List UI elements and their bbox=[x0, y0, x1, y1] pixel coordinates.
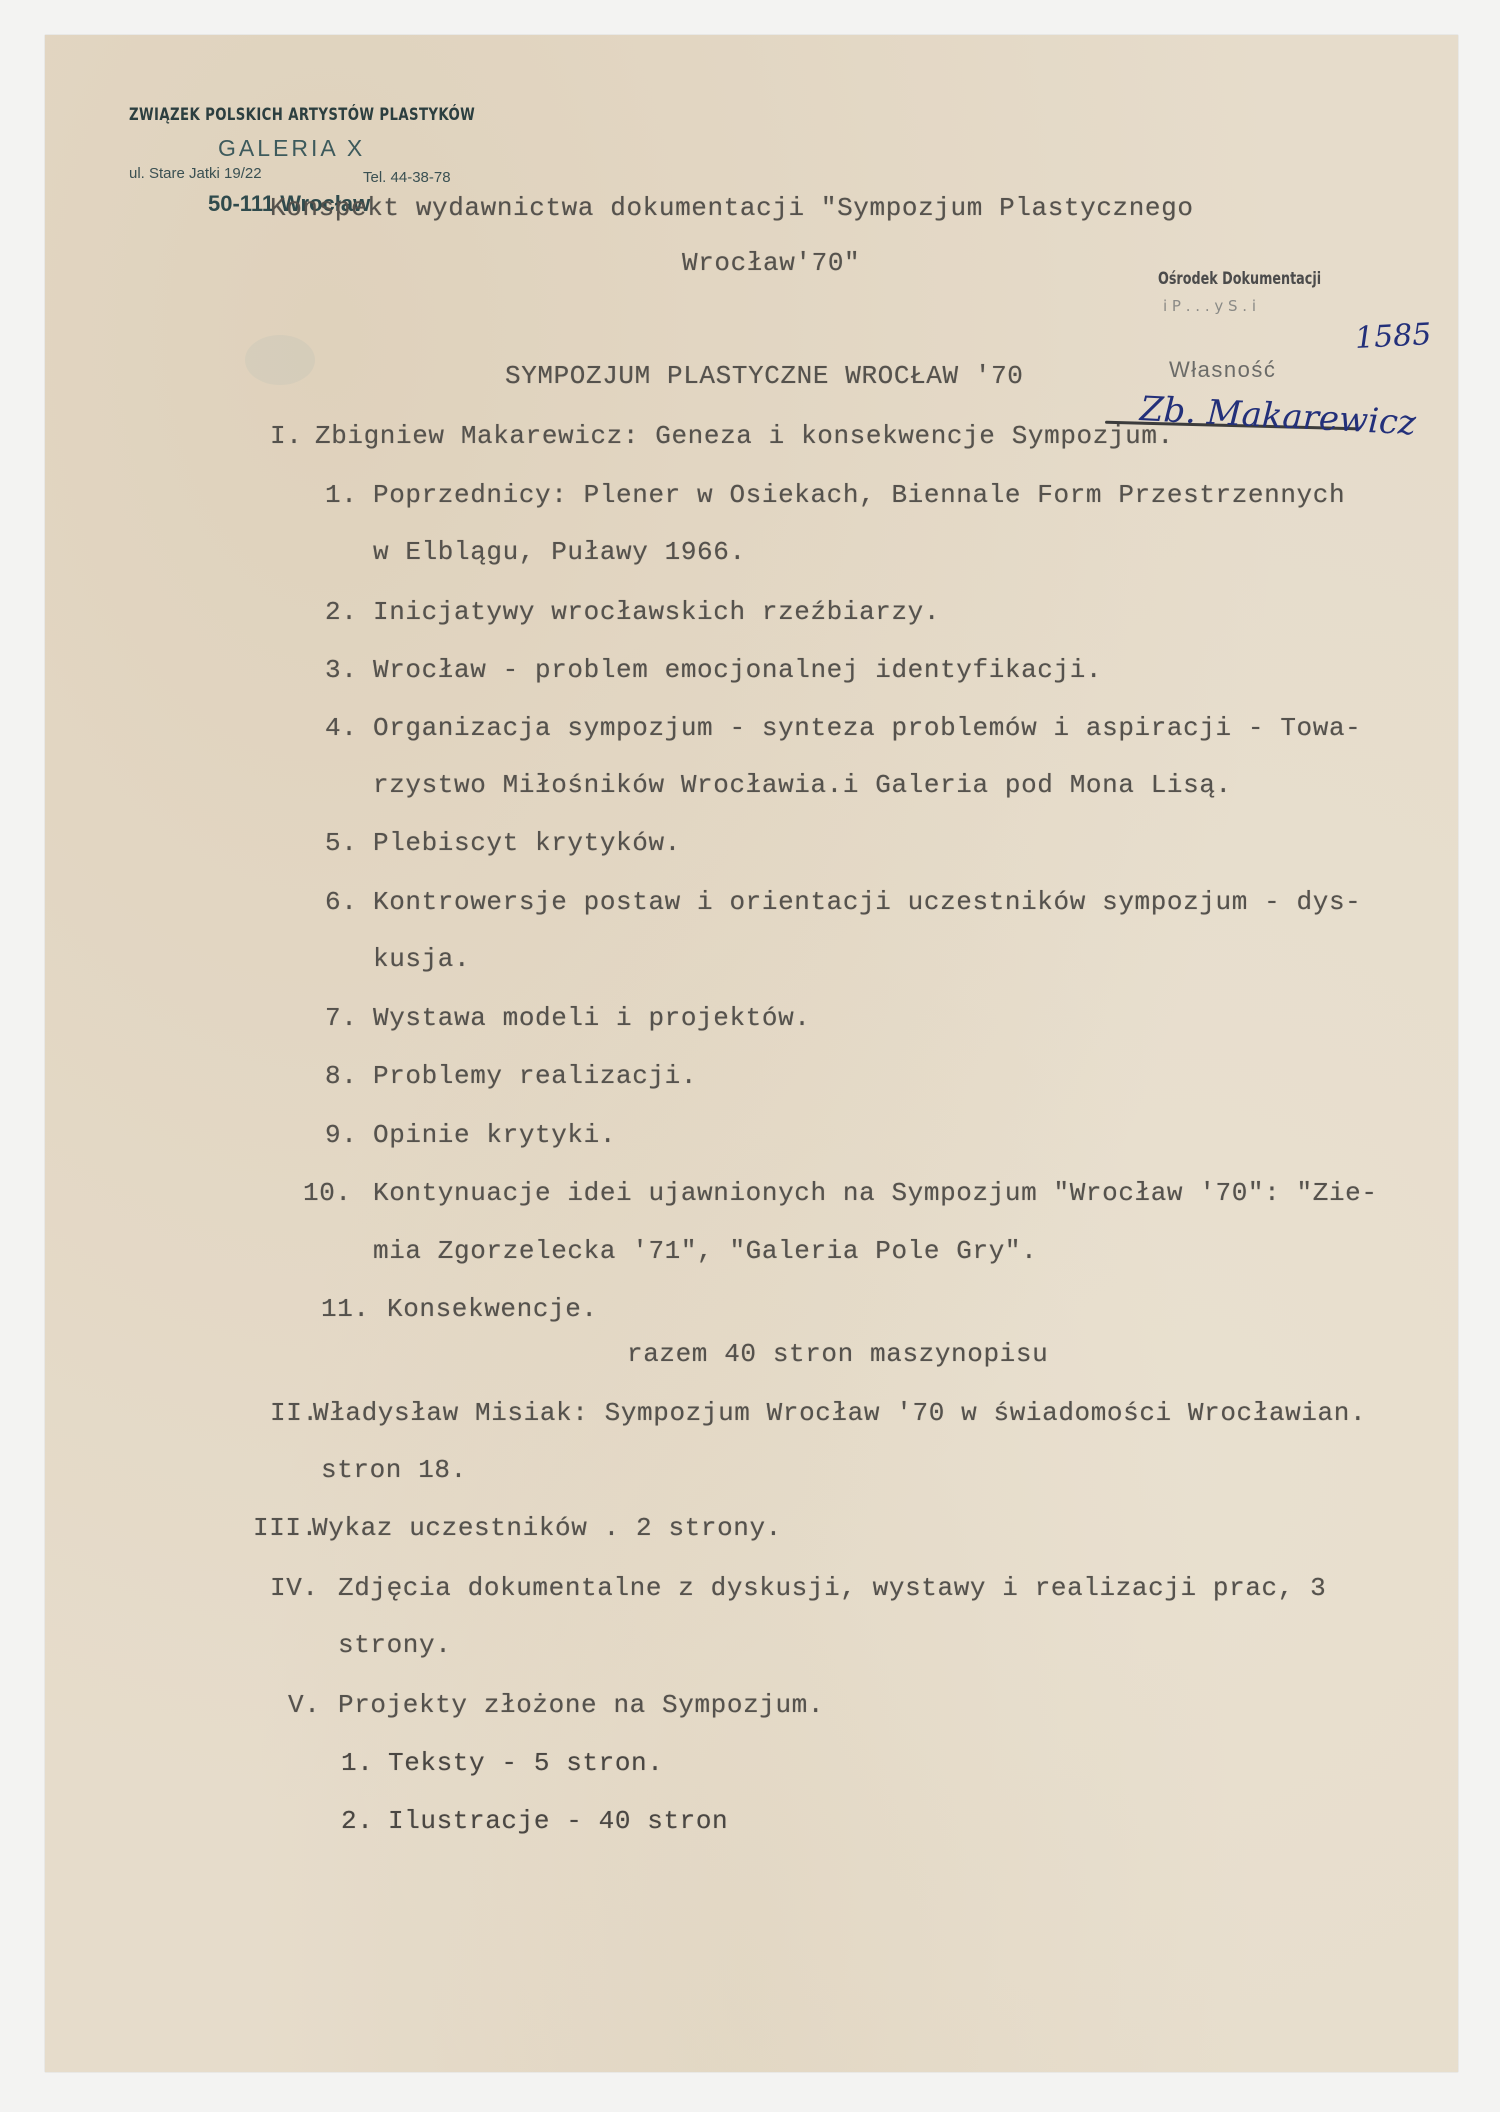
list-item-text: Problemy realizacji. bbox=[373, 1061, 697, 1091]
document-title-line1: Konspekt wydawnictwa dokumentacji "Sympo… bbox=[270, 193, 1194, 223]
document-title-line2: Wrocław'70" bbox=[682, 248, 860, 278]
archive-stamp-line3: Własność bbox=[1169, 357, 1276, 383]
list-item-text: Konsekwencje. bbox=[387, 1294, 598, 1324]
letterhead-phone: Tel. 44-38-78 bbox=[363, 169, 451, 186]
archive-stamp-line2: i P . . . y S . i bbox=[1163, 297, 1256, 315]
section-total: razem 40 stron maszynopisu bbox=[627, 1339, 1048, 1369]
list-item-number: 8. bbox=[325, 1061, 357, 1091]
list-item-number: 6. bbox=[325, 887, 357, 917]
section-numeral: I. bbox=[270, 421, 302, 451]
letterhead-address: ul. Stare Jatki 19/22 bbox=[129, 165, 262, 182]
section-text: Władysław Misiak: Sympozjum Wrocław '70 … bbox=[313, 1398, 1366, 1428]
list-item-number: 2. bbox=[325, 597, 357, 627]
section-text: Zdjęcia dokumentalne z dyskusji, wystawy… bbox=[338, 1573, 1326, 1603]
section-numeral: V. bbox=[288, 1690, 320, 1720]
list-item-number: 4. bbox=[325, 713, 357, 743]
list-item-number: 10. bbox=[303, 1178, 352, 1208]
list-item-number: 11. bbox=[321, 1294, 370, 1324]
list-item-text: Kontynuacje idei ujawnionych na Sympozju… bbox=[373, 1178, 1378, 1208]
faded-stamp-mark bbox=[245, 335, 315, 385]
handwritten-annotation: Zb. Makarewicz bbox=[1139, 389, 1417, 443]
list-item-text: Teksty - 5 stron. bbox=[388, 1748, 663, 1778]
section-text: strony. bbox=[338, 1630, 451, 1660]
list-item-number: 5. bbox=[325, 828, 357, 858]
list-item-number: 9. bbox=[325, 1120, 357, 1150]
list-item-text: mia Zgorzelecka '71", "Galeria Pole Gry"… bbox=[373, 1236, 1037, 1266]
section-text: stron 18. bbox=[321, 1455, 467, 1485]
list-item-number: 1. bbox=[325, 480, 357, 510]
list-item-text: Poprzednicy: Plener w Osiekach, Biennale… bbox=[373, 480, 1345, 510]
list-item-text: Wystawa modeli i projektów. bbox=[373, 1003, 810, 1033]
list-item-text: Organizacja sympozjum - synteza problemó… bbox=[373, 713, 1361, 743]
archive-stamp-line1: Ośrodek Dokumentacji bbox=[1158, 269, 1321, 289]
list-item-text: Plebiscyt krytyków. bbox=[373, 828, 681, 858]
list-item-text: Ilustracje - 40 stron bbox=[388, 1806, 728, 1836]
list-item-number: 3. bbox=[325, 655, 357, 685]
list-item-text: kusja. bbox=[373, 944, 470, 974]
section-text: Wykaz uczestników . 2 strony. bbox=[312, 1513, 782, 1543]
list-item-text: Inicjatywy wrocławskich rzeźbiarzy. bbox=[373, 597, 940, 627]
letterhead-gallery: GALERIA X bbox=[218, 135, 365, 162]
list-item-text: Opinie krytyki. bbox=[373, 1120, 616, 1150]
list-item-number: 2. bbox=[341, 1806, 373, 1836]
list-item-text: Wrocław - problem emocjonalnej identyfik… bbox=[373, 655, 1102, 685]
section-numeral: III. bbox=[253, 1513, 318, 1543]
list-item-text: Kontrowersje postaw i orientacji uczestn… bbox=[373, 887, 1361, 917]
document-heading: SYMPOZJUM PLASTYCZNE WROCŁAW '70 bbox=[505, 361, 1023, 391]
list-item-number: 7. bbox=[325, 1003, 357, 1033]
section-title: Zbigniew Makarewicz: Geneza i konsekwenc… bbox=[315, 421, 1174, 451]
list-item-text: w Elblągu, Puławy 1966. bbox=[373, 537, 746, 567]
list-item-number: 1. bbox=[341, 1748, 373, 1778]
handwritten-catalog-number: 1585 bbox=[1354, 317, 1432, 356]
section-numeral: II. bbox=[270, 1398, 319, 1428]
letterhead-organization: ZWIĄZEK POLSKICH ARTYSTÓW PLASTYKÓW bbox=[129, 105, 441, 125]
list-item-text: rzystwo Miłośników Wrocławia.i Galeria p… bbox=[373, 770, 1232, 800]
section-numeral: IV. bbox=[270, 1573, 319, 1603]
section-title: Projekty złożone na Sympozjum. bbox=[338, 1690, 824, 1720]
document-page: ZWIĄZEK POLSKICH ARTYSTÓW PLASTYKÓW GALE… bbox=[45, 35, 1458, 2072]
